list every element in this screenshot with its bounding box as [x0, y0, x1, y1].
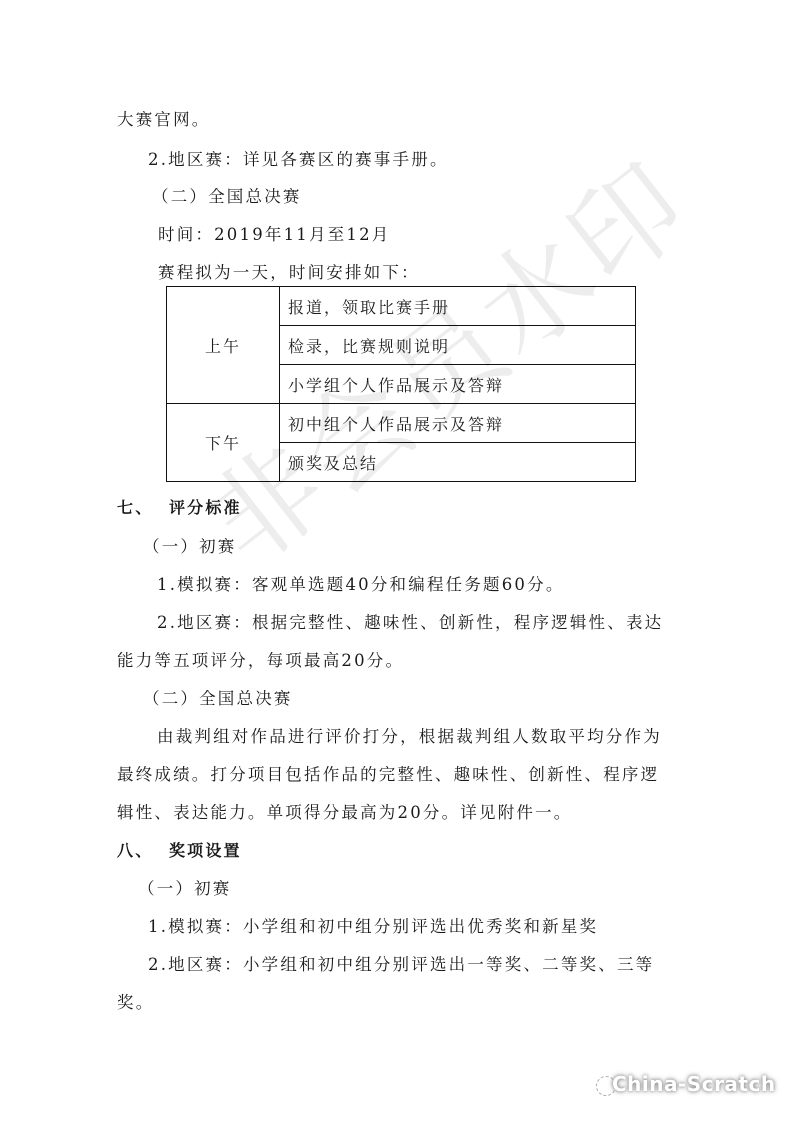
text-line: 大赛官网。: [117, 110, 211, 130]
schedule-item: 小学组个人作品展示及答辩: [280, 365, 636, 404]
period-cell: 上午: [167, 287, 280, 404]
text-line: 时间：2019年11月至12月: [158, 225, 390, 245]
subheading: （一）初赛: [143, 537, 237, 557]
schedule-item: 检录，比赛规则说明: [280, 326, 636, 365]
schedule-table: 上午 报道，领取比赛手册 检录，比赛规则说明 小学组个人作品展示及答辩 下午 初…: [166, 286, 636, 482]
section-heading: 八、 奖项设置: [117, 841, 242, 861]
period-cell: 下午: [167, 404, 280, 482]
text-line: 1.模拟赛：小学组和初中组分别评选出优秀奖和新星奖: [148, 917, 598, 937]
text-line: 辑性、表达能力。单项得分最高为20分。详见附件一。: [117, 803, 573, 823]
subheading: （二）全国总决赛: [143, 689, 293, 709]
text-line: 能力等五项评分，每项最高20分。: [117, 651, 404, 671]
schedule-item: 颁奖及总结: [280, 443, 636, 482]
text-line: 最终成绩。打分项目包括作品的完整性、趣味性、创新性、程序逻: [117, 765, 659, 785]
text-line: 2.地区赛：根据完整性、趣味性、创新性，程序逻辑性、表达: [157, 613, 663, 633]
table-row: 上午 报道，领取比赛手册: [167, 287, 636, 326]
section-heading: 七、 评分标准: [117, 498, 242, 518]
text-line: 奖。: [117, 993, 154, 1013]
text-line: 2.地区赛：详见各赛区的赛事手册。: [148, 150, 449, 170]
text-line: 1.模拟赛：客观单选题40分和编程任务题60分。: [157, 575, 565, 595]
text-line: 赛程拟为一天，时间安排如下：: [158, 263, 420, 283]
text-line: 2.地区赛：小学组和初中组分别评选出一等奖、二等奖、三等: [148, 955, 654, 975]
schedule-item: 报道，领取比赛手册: [280, 287, 636, 326]
subheading: （二）全国总决赛: [152, 187, 302, 207]
table-row: 下午 初中组个人作品展示及答辩: [167, 404, 636, 443]
subheading: （一）初赛: [138, 879, 232, 899]
text-line: 由裁判组对作品进行评价打分，根据裁判组人数取平均分作为: [157, 727, 662, 747]
brand-watermark: China-Scratch: [612, 1072, 776, 1096]
schedule-item: 初中组个人作品展示及答辩: [280, 404, 636, 443]
